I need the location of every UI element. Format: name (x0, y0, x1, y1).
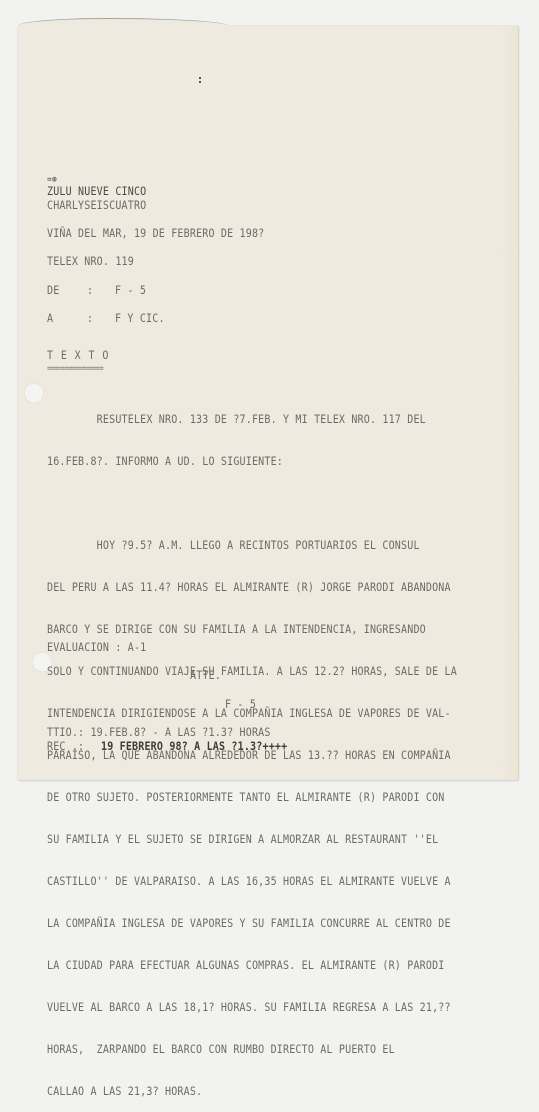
body-line: SOLO Y CONTINUANDO VIAJE SU FAMILIA. A L… (47, 664, 457, 678)
body-line: HOY ?9.5? A.M. LLEGO A RECINTOS PORTUARI… (47, 538, 457, 552)
punch-hole-top (24, 383, 44, 403)
reception-value: 19 FEBRERO 98? A LAS ?1.3?++++ (101, 739, 287, 753)
signature: F - 5 (225, 697, 256, 711)
section-underline: ============= (47, 362, 103, 376)
from-separator: : (87, 283, 93, 297)
from-value: F - 5 (115, 283, 146, 297)
body-line: DEL PERU A LAS 11.4? HORAS EL ALMIRANTE … (47, 580, 457, 594)
to-value: F Y CIC. (115, 311, 165, 325)
from-label: DE (47, 283, 59, 297)
body-line: 16.FEB.8?. INFORMO A UD. LO SIGUIENTE: (47, 454, 457, 468)
header-line-1: ZULU NUEVE CINCO (47, 184, 146, 198)
body-line: RESUTELEX NRO. 133 DE ?7.FEB. Y MI TELEX… (47, 412, 457, 426)
ink-speck (199, 77, 203, 83)
body-line (47, 496, 457, 510)
evaluation: EVALUACION : A-1 (47, 640, 146, 654)
body-line: BARCO Y SE DIRIGE CON SU FAMILIA A LA IN… (47, 622, 457, 636)
body-line: DE OTRO SUJETO. POSTERIORMENTE TANTO EL … (47, 790, 457, 800)
to-label: A (47, 311, 53, 325)
section-title: T E X T O (47, 348, 109, 362)
to-separator: : (87, 311, 93, 325)
place-date: VIÑA DEL MAR, 19 DE FEBRERO DE 198? (47, 226, 264, 240)
reception-label: REC .: (47, 739, 84, 753)
transmission-line: TTIO.: 19.FEB.8? - A LAS ?1.3? HORAS (47, 725, 271, 739)
header-line-2: CHARLYSEISCUATRO (47, 198, 146, 212)
closing: ATTE. (190, 668, 221, 682)
telex-number: TELEX NRO. 119 (47, 254, 134, 268)
